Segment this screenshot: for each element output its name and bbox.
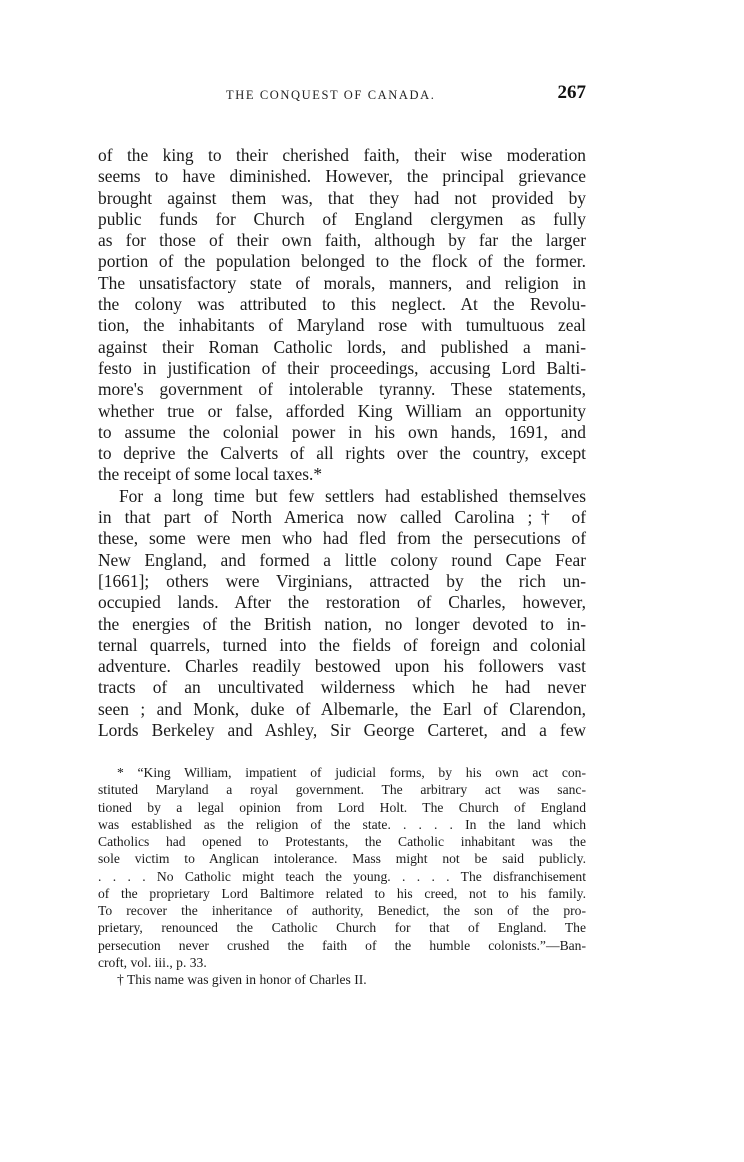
footnote-asterisk-start: * “King William, impatient of judicial f… xyxy=(98,764,586,781)
body-line: more's government of intolerable tyranny… xyxy=(98,379,586,400)
footnote-line: To recover the inheritance of authority,… xyxy=(98,902,586,919)
footnote-line: prietary, renounced the Catholic Church … xyxy=(98,919,586,936)
body-line: as for those of their own faith, althoug… xyxy=(98,230,586,251)
body-line: portion of the population belonged to th… xyxy=(98,251,586,272)
body-line: to assume the colonial power in his own … xyxy=(98,422,586,443)
body-line: these, some were men who had fled from t… xyxy=(98,528,586,549)
footnote-line: persecution never crushed the faith of t… xyxy=(98,937,586,954)
body-line: whether true or false, afforded King Wil… xyxy=(98,401,586,422)
page-number: 267 xyxy=(558,82,587,104)
body-line: seen ; and Monk, duke of Albemarle, the … xyxy=(98,699,586,720)
body-line: the receipt of some local taxes.* xyxy=(98,464,586,485)
body-line: tion, the inhabitants of Maryland rose w… xyxy=(98,315,586,336)
footnote-line: tioned by a legal opinion from Lord Holt… xyxy=(98,799,586,816)
body-line: the energies of the British nation, no l… xyxy=(98,614,586,635)
body-line: of the king to their cherished faith, th… xyxy=(98,145,586,166)
footnote-line: Catholics had opened to Protestants, the… xyxy=(98,833,586,850)
body-line: festo in justification of their proceedi… xyxy=(98,358,586,379)
page-header: THE CONQUEST OF CANADA. 267 xyxy=(98,84,586,108)
paragraph-start-line: For a long time but few settlers had est… xyxy=(98,486,586,507)
body-text: of the king to their cherished faith, th… xyxy=(98,145,586,741)
body-line: [1661]; others were Virginians, attracte… xyxy=(98,571,586,592)
body-line: the colony was attributed to this neglec… xyxy=(98,294,586,315)
body-line: occupied lands. After the restoration of… xyxy=(98,592,586,613)
body-line: public funds for Church of England clerg… xyxy=(98,209,586,230)
body-line: The unsatisfactory state of morals, mann… xyxy=(98,273,586,294)
footnote-dagger: † This name was given in honor of Charle… xyxy=(98,971,586,988)
footnote-line: croft, vol. iii., p. 33. xyxy=(98,954,586,971)
body-line: New England, and formed a little colony … xyxy=(98,550,586,571)
footnote-line: . . . . No Catholic might teach the youn… xyxy=(98,868,586,885)
footnote-line: stituted Maryland a royal government. Th… xyxy=(98,781,586,798)
body-line: brought against them was, that they had … xyxy=(98,188,586,209)
body-line: tracts of an uncultivated wilderness whi… xyxy=(98,677,586,698)
body-line: against their Roman Catholic lords, and … xyxy=(98,337,586,358)
footnote-line: was established as the religion of the s… xyxy=(98,816,586,833)
body-line: in that part of North America now called… xyxy=(98,507,586,528)
footnote-line: of the proprietary Lord Baltimore relate… xyxy=(98,885,586,902)
running-title: THE CONQUEST OF CANADA. xyxy=(226,88,436,103)
body-line: Lords Berkeley and Ashley, Sir George Ca… xyxy=(98,720,586,741)
body-line: seems to have diminished. However, the p… xyxy=(98,166,586,187)
body-line: ternal quarrels, turned into the fields … xyxy=(98,635,586,656)
body-line: adventure. Charles readily bestowed upon… xyxy=(98,656,586,677)
footnote-line: sole victim to Anglican intolerance. Mas… xyxy=(98,850,586,867)
body-line: to deprive the Calverts of all rights ov… xyxy=(98,443,586,464)
footnotes: * “King William, impatient of judicial f… xyxy=(98,764,586,988)
